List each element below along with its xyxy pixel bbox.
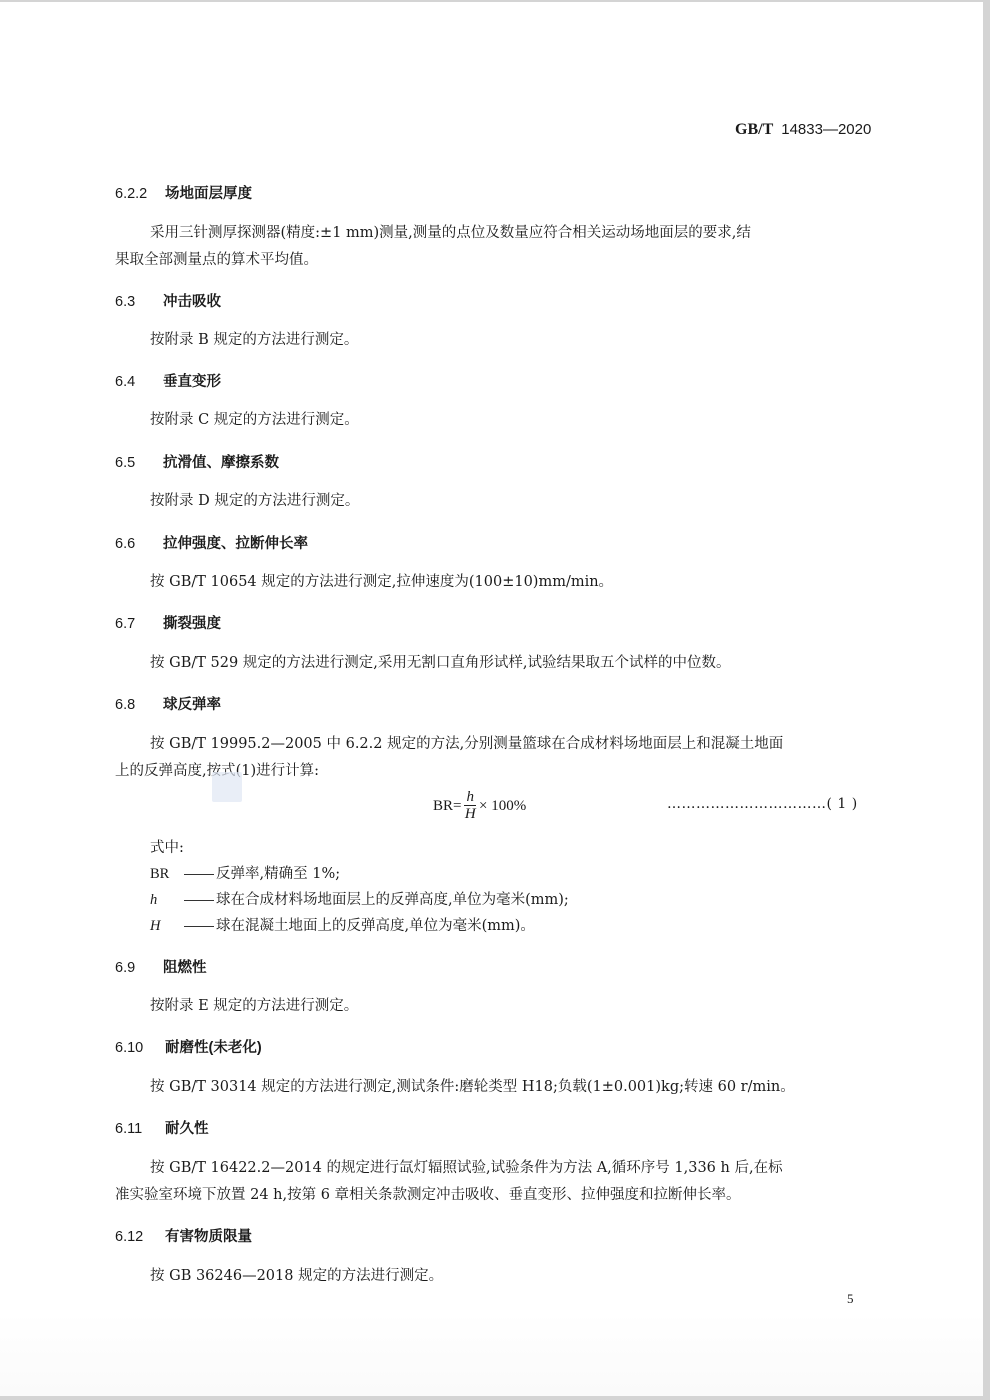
section-number: 6.12	[115, 1229, 165, 1245]
section-title: 场地面层厚度	[165, 186, 252, 202]
formula-lhs: BR	[433, 798, 453, 814]
section-title: 撕裂强度	[163, 616, 221, 632]
paragraph: 按 GB/T 30314 规定的方法进行测定,测试条件:磨轮类型 H18;负载(…	[150, 1075, 795, 1096]
section-heading-6-9: 6.9阻燃性	[115, 956, 207, 977]
em-dash-rule	[184, 874, 214, 875]
section-number: 6.3	[115, 294, 163, 310]
paragraph: 按 GB/T 16422.2—2014 的规定进行氙灯辐照试验,试验条件为方法 …	[150, 1156, 783, 1177]
equation-number-label: ( 1 )	[827, 796, 858, 812]
paragraph: 按附录 D 规定的方法进行测定。	[150, 489, 359, 510]
section-title: 耐磨性(未老化)	[165, 1040, 262, 1056]
section-title: 垂直变形	[163, 374, 221, 390]
section-number: 6.2.2	[115, 186, 165, 202]
where-intro: 式中:	[150, 836, 184, 857]
formula-rhs: × 100%	[479, 798, 526, 814]
section-number: 6.11	[115, 1121, 165, 1137]
formula-denominator: H	[464, 806, 476, 823]
formula-fraction: hH	[464, 790, 476, 823]
equation-number: ……………………………( 1 )	[667, 796, 858, 812]
section-title: 拉伸强度、拉断伸长率	[163, 536, 308, 552]
where-item-br: BR反弹率,精确至 1%;	[150, 862, 340, 883]
paragraph: 按附录 C 规定的方法进行测定。	[150, 408, 359, 429]
document-page: GB/T14833—2020 6.2.2场地面层厚度 采用三针测厚探测器(精度:…	[0, 2, 983, 1396]
section-heading-6-6: 6.6拉伸强度、拉断伸长率	[115, 532, 308, 553]
watermark-logo	[212, 772, 242, 802]
formula-1: BR=hH× 100%	[433, 790, 526, 823]
section-heading-6-3: 6.3冲击吸收	[115, 290, 221, 311]
standard-number: GB/T14833—2020	[735, 120, 871, 139]
section-heading-6-2-2: 6.2.2场地面层厚度	[115, 182, 252, 203]
paragraph: 按 GB/T 10654 规定的方法进行测定,拉伸速度为(100±10)mm/m…	[150, 570, 613, 591]
paragraph: 按附录 B 规定的方法进行测定。	[150, 328, 358, 349]
section-heading-6-11: 6.11耐久性	[115, 1117, 209, 1138]
paragraph: 按 GB/T 19995.2—2005 中 6.2.2 规定的方法,分别测量篮球…	[150, 732, 783, 753]
standard-prefix: GB/T	[735, 121, 773, 138]
section-heading-6-7: 6.7撕裂强度	[115, 612, 221, 633]
section-number: 6.5	[115, 455, 163, 471]
section-number: 6.9	[115, 960, 163, 976]
paragraph-continuation: 准实验室环境下放置 24 h,按第 6 章相关条款测定冲击吸收、垂直变形、拉伸强…	[115, 1183, 741, 1204]
paragraph: 采用三针测厚探测器(精度:±1 mm)测量,测量的点位及数量应符合相关运动场地面…	[150, 221, 751, 242]
where-description: 球在混凝土地面上的反弹高度,单位为毫米(mm)。	[216, 918, 535, 934]
section-title: 冲击吸收	[163, 294, 221, 310]
section-title: 抗滑值、摩擦系数	[163, 455, 279, 471]
paragraph: 按 GB/T 529 规定的方法进行测定,采用无割口直角形试样,试验结果取五个试…	[150, 651, 731, 672]
section-number: 6.6	[115, 536, 163, 552]
section-heading-6-10: 6.10耐磨性(未老化)	[115, 1036, 262, 1057]
em-dash-rule	[184, 926, 214, 927]
em-dash-rule	[184, 900, 214, 901]
section-heading-6-5: 6.5抗滑值、摩擦系数	[115, 451, 279, 472]
where-item-h-lower: h球在合成材料场地面层上的反弹高度,单位为毫米(mm);	[150, 888, 569, 909]
section-number: 6.10	[115, 1040, 165, 1056]
section-number: 6.4	[115, 374, 163, 390]
paragraph-continuation: 果取全部测量点的算术平均值。	[115, 248, 318, 269]
where-symbol: H	[150, 918, 184, 935]
paragraph: 按附录 E 规定的方法进行测定。	[150, 994, 358, 1015]
section-number: 6.8	[115, 697, 163, 713]
equation-leader-dots: ……………………………	[667, 796, 827, 812]
section-heading-6-12: 6.12有害物质限量	[115, 1225, 252, 1246]
where-item-h-upper: H球在混凝土地面上的反弹高度,单位为毫米(mm)。	[150, 914, 535, 935]
section-title: 有害物质限量	[165, 1229, 252, 1245]
section-heading-6-4: 6.4垂直变形	[115, 370, 221, 391]
section-title: 耐久性	[165, 1121, 209, 1137]
standard-code: 14833—2020	[781, 121, 871, 138]
paragraph: 按 GB 36246—2018 规定的方法进行测定。	[150, 1264, 443, 1285]
formula-equals: =	[453, 798, 461, 814]
section-title: 阻燃性	[163, 960, 207, 976]
section-number: 6.7	[115, 616, 163, 632]
section-title: 球反弹率	[163, 697, 221, 713]
where-symbol: BR	[150, 866, 184, 883]
where-description: 反弹率,精确至 1%;	[216, 866, 340, 882]
page-number: 5	[847, 1291, 854, 1307]
where-symbol: h	[150, 892, 184, 909]
section-heading-6-8: 6.8球反弹率	[115, 693, 221, 714]
formula-numerator: h	[464, 790, 476, 806]
where-description: 球在合成材料场地面层上的反弹高度,单位为毫米(mm);	[216, 892, 569, 908]
